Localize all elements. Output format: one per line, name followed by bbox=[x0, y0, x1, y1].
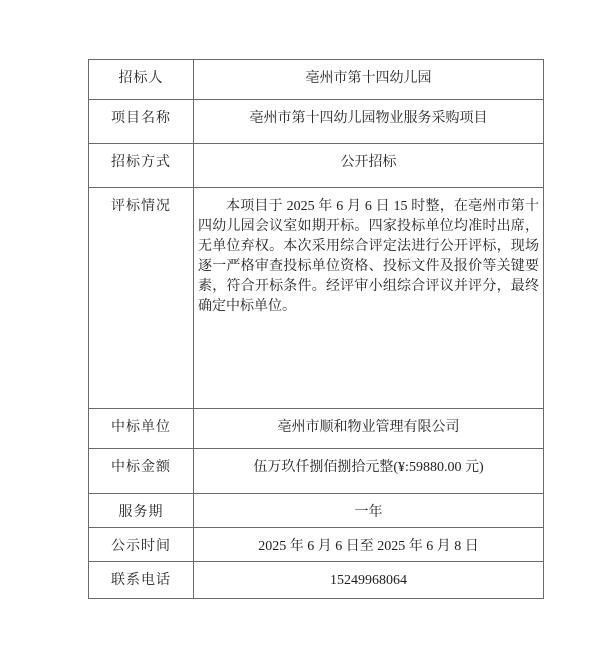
service-period-label: 服务期 bbox=[89, 494, 194, 528]
evaluation-value: 本项目于 2025 年 6 月 6 日 15 时整，在亳州市第十四幼儿园会议室如… bbox=[194, 188, 544, 409]
winning-bidder-value: 亳州市顺和物业管理有限公司 bbox=[194, 409, 544, 449]
row-service-period: 服务期 一年 bbox=[89, 494, 544, 528]
bid-method-value: 公开招标 bbox=[194, 144, 544, 188]
project-name-value: 亳州市第十四幼儿园物业服务采购项目 bbox=[194, 100, 544, 144]
bid-amount-value: 伍万玖仟捌佰捌拾元整(¥:59880.00 元) bbox=[194, 449, 544, 494]
tenderer-value: 亳州市第十四幼儿园 bbox=[194, 60, 544, 100]
project-name-label: 项目名称 bbox=[89, 100, 194, 144]
row-contact-phone: 联系电话 15249968064 bbox=[89, 562, 544, 599]
row-bid-method: 招标方式 公开招标 bbox=[89, 144, 544, 188]
row-publicity-period: 公示时间 2025 年 6 月 6 日至 2025 年 6 月 8 日 bbox=[89, 528, 544, 562]
row-project-name: 项目名称 亳州市第十四幼儿园物业服务采购项目 bbox=[89, 100, 544, 144]
row-winning-bidder: 中标单位 亳州市顺和物业管理有限公司 bbox=[89, 409, 544, 449]
row-tenderer: 招标人 亳州市第十四幼儿园 bbox=[89, 60, 544, 100]
contact-phone-label: 联系电话 bbox=[89, 562, 194, 599]
bid-result-table: 招标人 亳州市第十四幼儿园 项目名称 亳州市第十四幼儿园物业服务采购项目 招标方… bbox=[88, 59, 544, 599]
tenderer-label: 招标人 bbox=[89, 60, 194, 100]
bid-method-label: 招标方式 bbox=[89, 144, 194, 188]
publicity-period-value: 2025 年 6 月 6 日至 2025 年 6 月 8 日 bbox=[194, 528, 544, 562]
document-page: 招标人 亳州市第十四幼儿园 项目名称 亳州市第十四幼儿园物业服务采购项目 招标方… bbox=[0, 0, 600, 660]
service-period-value: 一年 bbox=[194, 494, 544, 528]
row-bid-amount: 中标金额 伍万玖仟捌佰捌拾元整(¥:59880.00 元) bbox=[89, 449, 544, 494]
winning-bidder-label: 中标单位 bbox=[89, 409, 194, 449]
bid-amount-label: 中标金额 bbox=[89, 449, 194, 494]
publicity-period-label: 公示时间 bbox=[89, 528, 194, 562]
contact-phone-value: 15249968064 bbox=[194, 562, 544, 599]
evaluation-label: 评标情况 bbox=[89, 188, 194, 409]
row-evaluation: 评标情况 本项目于 2025 年 6 月 6 日 15 时整，在亳州市第十四幼儿… bbox=[89, 188, 544, 409]
